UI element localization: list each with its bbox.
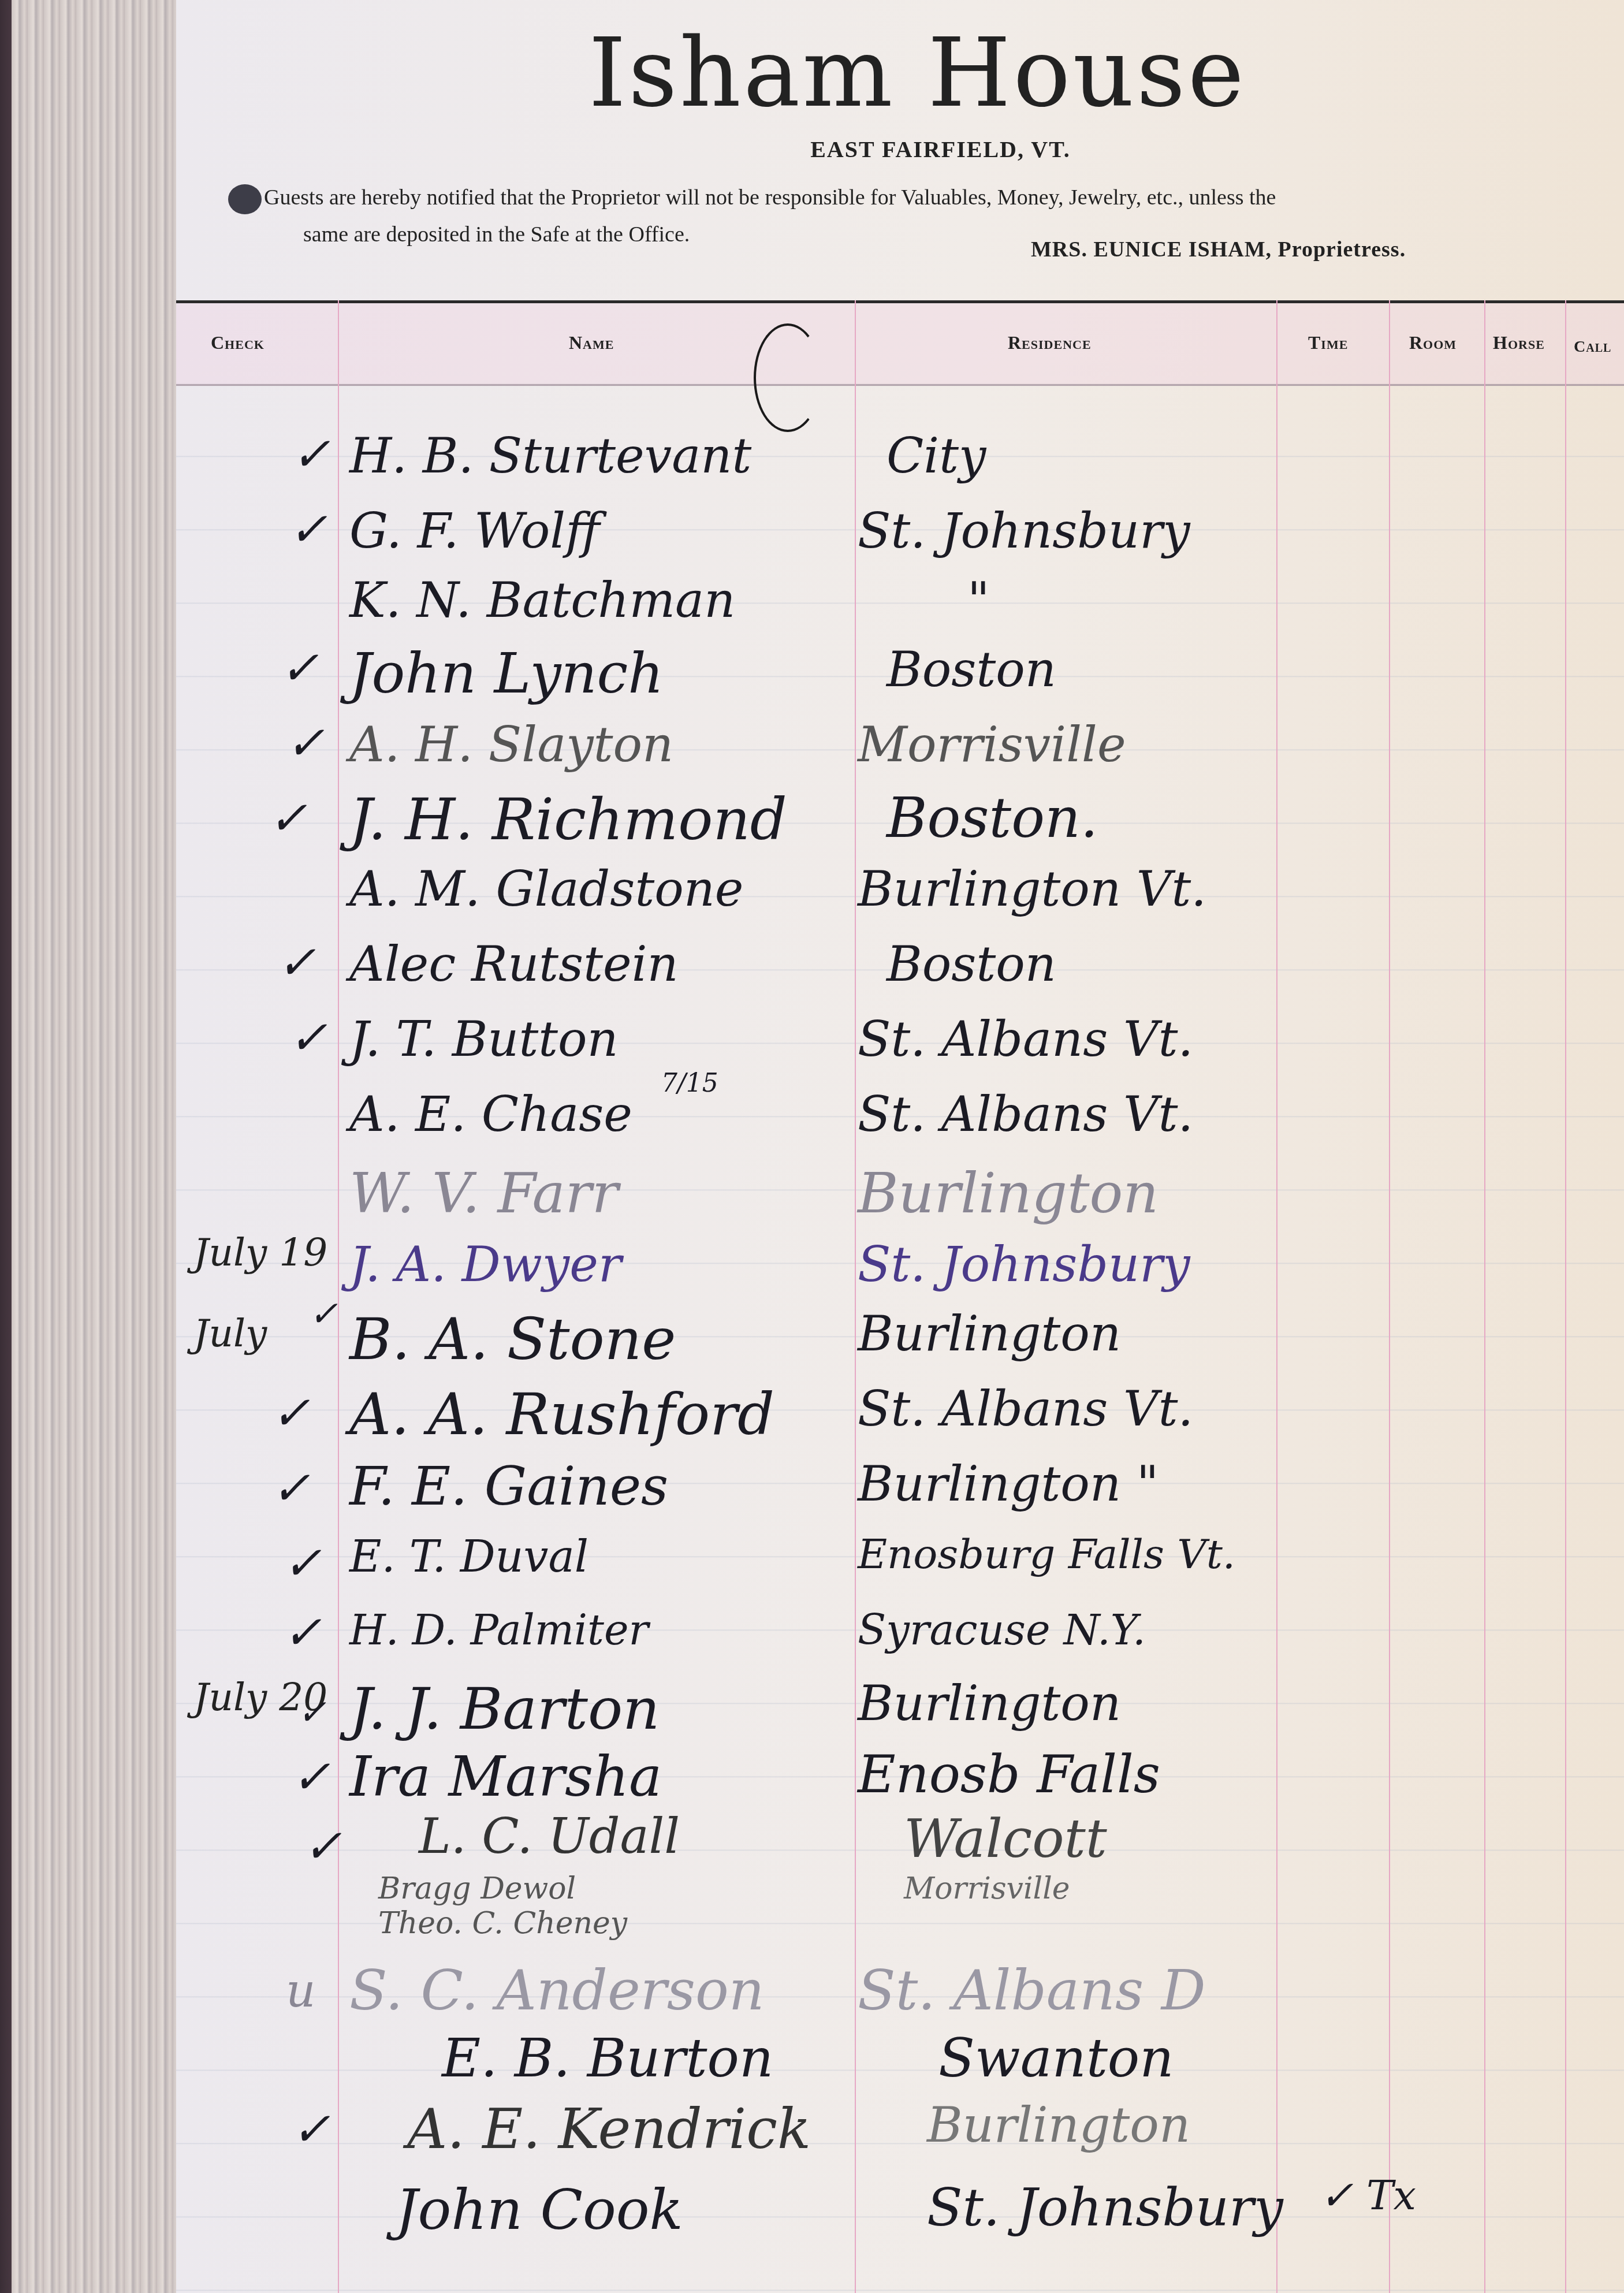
col-call: Call — [1574, 338, 1611, 356]
divider-time-room — [1389, 300, 1390, 2293]
register-page: Isham House EAST FAIRFIELD, VT. Guests a… — [176, 0, 1624, 2293]
col-check: Check — [211, 332, 265, 353]
date-marker: July — [193, 1311, 267, 1356]
guest-name: A. E. Kendrick — [407, 2097, 811, 2161]
check-mark: ✓ — [289, 502, 327, 556]
check-mark: ✓ — [280, 641, 319, 695]
guest-name: John Cook — [396, 2177, 683, 2242]
guest-residence: Enosburg Falls Vt. — [858, 1531, 1235, 1578]
check-mark: ✓ — [271, 1461, 310, 1515]
guest-residence: Walcott — [904, 1808, 1107, 1870]
guest-residence: St. Johnsbury — [858, 502, 1190, 559]
guest-name: Theo. C. Cheney — [378, 1906, 627, 1941]
guest-residence: St. Albans Vt. — [858, 1380, 1193, 1437]
guest-name: J. H. Richmond — [349, 786, 787, 853]
col-residence: Residence — [1008, 332, 1092, 353]
check-mark: ✓ — [271, 1386, 310, 1440]
check-mark: ✓ — [309, 1294, 338, 1334]
check-mark: ✓ — [286, 716, 325, 770]
guest-residence: St. Albans Vt. — [858, 1086, 1193, 1142]
col-time: Time — [1308, 332, 1348, 353]
guest-name: A. M. Gladstone — [349, 861, 744, 917]
column-header-row: Check Name Residence Time Room Horse Cal… — [176, 300, 1624, 386]
guest-name: A. E. Chase — [349, 1086, 632, 1142]
guest-name: A. H. Slayton — [349, 716, 673, 773]
guest-residence: St. Johnsbury — [858, 1236, 1190, 1293]
guest-residence: Burlington — [858, 1675, 1121, 1732]
date-note: 7/15 — [661, 1069, 718, 1098]
guest-residence: Enosb Falls — [858, 1744, 1160, 1805]
check-mark: u — [286, 1964, 316, 2017]
divider-residence-time — [1276, 300, 1277, 2293]
divider-name-residence — [855, 300, 856, 2293]
guest-name: E. B. Burton — [442, 2027, 773, 2089]
bullet-icon — [228, 184, 262, 214]
guest-name: John Lynch — [349, 641, 664, 706]
guest-name: L. C. Udall — [419, 1808, 680, 1864]
check-mark: ✓ — [303, 1819, 342, 1873]
check-mark: ✓ — [277, 936, 316, 989]
guest-name: J. T. Button — [349, 1011, 619, 1067]
guest-name: H. D. Palmiter — [349, 1606, 649, 1654]
check-mark: ✓ — [289, 1011, 327, 1064]
guest-residence: Morrisville — [858, 716, 1126, 773]
guest-residence: Burlington — [927, 2097, 1190, 2153]
col-room: Room — [1409, 332, 1457, 353]
guest-name: Bragg Dewol — [378, 1871, 576, 1906]
check-mark: ✓ — [283, 1606, 322, 1659]
check-mark: ✓ — [283, 1536, 322, 1590]
guest-name: H. B. Sturtevant — [349, 427, 751, 484]
check-mark: ✓ — [297, 1692, 326, 1733]
guest-residence: St. Johnsbury — [927, 2177, 1283, 2238]
check-mark: ✓ — [292, 427, 330, 481]
guest-residence: Morrisville — [904, 1871, 1070, 1906]
divider-check-name — [338, 300, 339, 2293]
col-horse: Horse — [1493, 332, 1545, 353]
guest-name: S. C. Anderson — [349, 1958, 765, 2023]
check-mark: ✓ — [292, 1750, 330, 1804]
divider-horse-call — [1565, 300, 1566, 2293]
guest-residence: " — [967, 572, 990, 628]
guest-name: K. N. Batchman — [349, 572, 735, 628]
guest-residence: Burlington — [858, 1161, 1159, 1226]
date-marker: July 19 — [193, 1230, 327, 1275]
guest-residence: Boston — [887, 641, 1056, 698]
guest-residence: Boston — [887, 936, 1056, 992]
guest-name: J. A. Dwyer — [349, 1236, 621, 1293]
guest-residence: Swanton — [938, 2027, 1174, 2089]
guest-residence: St. Albans Vt. — [858, 1011, 1193, 1067]
guest-name: Ira Marsha — [349, 1744, 662, 1809]
guest-name: J. J. Barton — [349, 1675, 660, 1743]
guest-residence: Boston. — [887, 786, 1098, 850]
guest-residence: Burlington " — [858, 1456, 1159, 1512]
circled-mark-icon — [754, 323, 822, 432]
hotel-location: EAST FAIRFIELD, VT. — [176, 136, 1624, 163]
guest-name: F. E. Gaines — [349, 1456, 668, 1517]
notice-line-2: same are deposited in the Safe at the Of… — [228, 222, 690, 247]
divider-room-horse — [1484, 300, 1485, 2293]
guest-name: A. A. Rushford — [349, 1380, 774, 1448]
guest-name: Alec Rutstein — [349, 936, 679, 992]
notice-line-1: Guests are hereby notified that the Prop… — [264, 185, 1276, 210]
page-edges — [12, 0, 180, 2293]
guest-name: E. T. Duval — [349, 1531, 588, 1582]
guest-name: W. V. Farr — [349, 1161, 619, 1226]
page-header: Isham House EAST FAIRFIELD, VT. Guests a… — [176, 0, 1624, 300]
guest-name: B. A. Stone — [349, 1305, 676, 1373]
check-mark: ✓ — [292, 2102, 330, 2156]
hotel-title: Isham House — [176, 17, 1624, 128]
guest-residence: Syracuse N.Y. — [858, 1606, 1146, 1654]
check-mark: ✓ — [269, 791, 307, 845]
guest-residence: Burlington Vt. — [858, 861, 1206, 917]
guest-name: G. F. Wolff — [349, 502, 600, 559]
guest-residence: St. Albans D — [858, 1958, 1206, 2023]
call-column-mark: ✓ Tx — [1320, 2172, 1416, 2219]
col-name: Name — [569, 332, 614, 353]
proprietress: MRS. EUNICE ISHAM, Proprietress. — [1031, 237, 1406, 262]
guest-residence: City — [887, 427, 986, 484]
guest-residence: Burlington — [858, 1305, 1121, 1362]
